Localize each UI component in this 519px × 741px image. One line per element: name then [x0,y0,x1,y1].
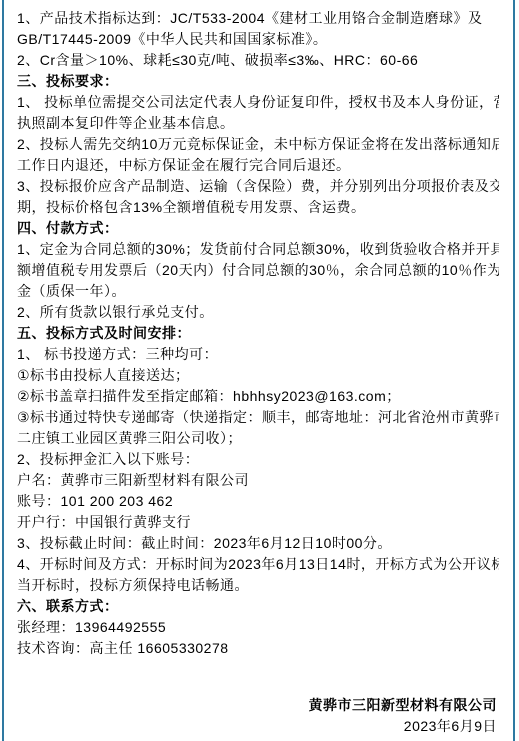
document-line: ①标书由投标人直接送达； [17,365,499,386]
document-line: 3、投标截止时间：截止时间：2023年6月12日10时00分。 [17,533,499,554]
document-line: 2、Cr含量＞10%、球耗≤30克/吨、破损率≤3‰、HRC：60-66 [17,50,499,71]
document-line: 4、开标时间及方式：开标时间为2023年6月13日14时，开标方式为公开议标， [17,554,499,575]
document-line: 期，投标价格包含13%全额增值税专用发票、含运费。 [17,197,499,218]
document-line: 当开标时，投标方须保持电话畅通。 [17,575,499,596]
document-line: ③标书通过特快专递邮寄（快递指定：顺丰，邮寄地址：河北省沧州市黄骅市羊 [17,407,499,428]
document-line: 技术咨询：高主任 16605330278 [17,638,499,659]
document-line: GB/T17445-2009《中华人民共和国国家标准》。 [17,29,499,50]
document-line: 额增值税专用发票后（20天内）付合同总额的30％，余合同总额的10％作为质保 [17,260,499,281]
document-line: 1、定金为合同总额的30%；发货前付合同总额30%，收到货验收合格并开具全 [17,239,499,260]
document-line: 户名：黄骅市三阳新型材料有限公司 [17,470,499,491]
document-viewport: 1、产品技术指标达到：JC/T533-2004《建材工业用铬合金制造磨球》及GB… [0,0,519,741]
document-line: 张经理：13964492555 [17,617,499,638]
document-line: 五、投标方式及时间安排： [17,323,499,344]
document-line: 2、投标人需先交纳10万元竞标保证金，未中标方保证金将在发出落标通知后5个 [17,134,499,155]
document-line: 执照副本复印件等企业基本信息。 [17,113,499,134]
document-line: 工作日内退还，中标方保证金在履行完合同后退还。 [17,155,499,176]
document-line: ②标书盖章扫描件发至指定邮箱：hbhhsy2023@163.com； [17,386,499,407]
document-line: 三、投标要求： [17,71,499,92]
document-line: 二庄镇工业园区黄骅三阳公司收）； [17,428,499,449]
document-line: 1、 标书投递方式：三种均可： [17,344,499,365]
document-line: 账号：101 200 203 462 [17,491,499,512]
document-line: 开户行：中国银行黄骅支行 [17,512,499,533]
footer-company-name: 黄骅市三阳新型材料有限公司 [309,695,498,716]
document-body: 1、产品技术指标达到：JC/T533-2004《建材工业用铬合金制造磨球》及GB… [4,0,513,659]
document-line: 1、 投标单位需提交公司法定代表人身份证复印件，授权书及本人身份证，营业 [17,92,499,113]
document-footer: 黄骅市三阳新型材料有限公司 2023年6月9日 [309,695,498,737]
document-line: 3、投标报价应含产品制造、运输（含保险）费，并分别列出分项报价表及交货周 [17,176,499,197]
footer-date: 2023年6月9日 [309,716,498,737]
document-line: 六、联系方式： [17,596,499,617]
document-line: 2、投标押金汇入以下账号： [17,449,499,470]
document-line: 2、所有货款以银行承兑支付。 [17,302,499,323]
document-line: 1、产品技术指标达到：JC/T533-2004《建材工业用铬合金制造磨球》及 [17,8,499,29]
document-line: 金（质保一年）。 [17,281,499,302]
document-page: 1、产品技术指标达到：JC/T533-2004《建材工业用铬合金制造磨球》及GB… [2,0,515,741]
document-line: 四、付款方式： [17,218,499,239]
